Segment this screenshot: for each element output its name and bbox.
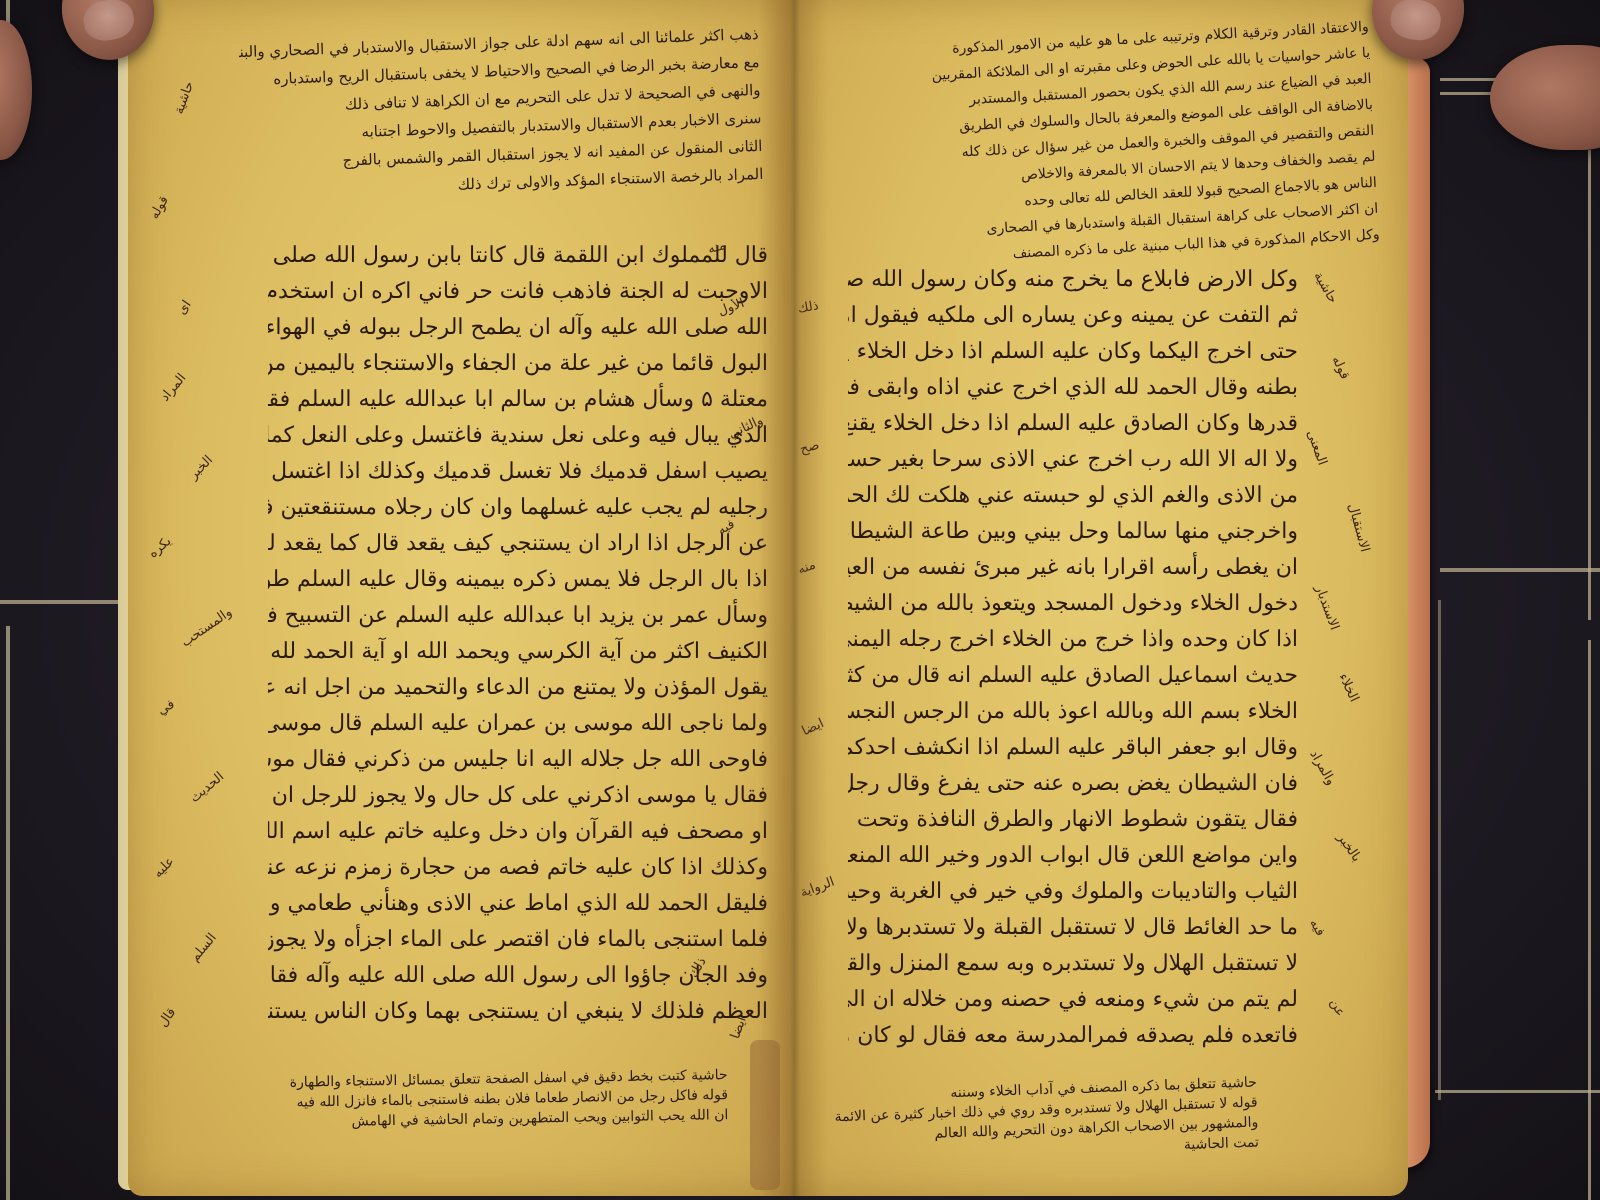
text-line: فقال يا موسى اذكرني على كل حال ولا يجوز … (268, 778, 768, 814)
text-line: فليقل الحمد لله الذي اماط عني الاذى وهنأ… (268, 886, 768, 922)
text-line: البول قائما من غير علة من الجفاء والاستن… (268, 346, 768, 382)
text-line: ان يغطى رأسه اقرارا بانه غير مبرئ نفسه م… (848, 550, 1298, 586)
margin-gloss: قال (156, 1005, 180, 1030)
margin-gloss: بالخبر (1333, 831, 1364, 866)
text-line: الثياب والتاديبات والملوك وفي خير في الغ… (848, 874, 1298, 910)
text-line: يقول المؤذن ولا يمتنع من الدعاء والتحميد… (268, 670, 768, 706)
text-line: لم يتم من شيء ومنعه في حصنه ومن خلاله ان… (848, 982, 1298, 1018)
margin-gloss: الخبر (186, 453, 216, 483)
text-line: فقال يتقون شطوط الانهار والطرق النافذة و… (848, 802, 1298, 838)
mat-grid-line (1440, 568, 1600, 572)
margin-gloss: الخلاء (1334, 671, 1361, 705)
margin-gloss: والمراد (1306, 748, 1339, 789)
mat-grid-line (1440, 78, 1500, 81)
text-line: معتلة ۵ وسأل هشام بن سالم ابا عبدالله عل… (268, 382, 768, 418)
text-line: الاوجبت له الجنة فاذهب فانت حر فاني اكره… (268, 274, 768, 310)
text-line: بطنه وقال الحمد لله الذي اخرج عني اذاه و… (848, 370, 1298, 406)
book-gutter (758, 0, 828, 1196)
page-stain (750, 1040, 780, 1190)
left-bottom-notes: حاشية كتبت بخط دقيق في اسفل الصفحة تتعلق… (168, 1065, 729, 1135)
text-line: الذي يبال فيه وعلى نعل سندية فاغتسل وعلى… (268, 418, 768, 454)
text-line: اذا بال الرجل فلا يمس ذكره بيمينه وقال ع… (268, 562, 768, 598)
margin-gloss: الاستدبار (1311, 583, 1342, 632)
text-line: الخلاء بسم الله وبالله اعوذ بالله من الر… (848, 694, 1298, 730)
mat-grid-line (1438, 600, 1441, 1100)
text-line: واخرجني منها سالما وحل بيني وبين طاعة ال… (848, 514, 1298, 550)
text-line: رجليه لم يجب عليه غسلهما وان كان رجلاه م… (268, 490, 768, 526)
text-line: قدرها وكان الصادق عليه السلم اذا دخل الخ… (848, 406, 1298, 442)
mat-grid-line (0, 600, 128, 604)
mat-grid-line (1588, 150, 1591, 620)
margin-gloss: قوله (147, 194, 173, 223)
left-page: ذهب اكثر علمائنا الى انه سهم ادلة على جو… (128, 0, 788, 1196)
text-line: ولما ناجى الله موسى بن عمران عليه السلم … (268, 706, 768, 742)
mat-grid-line (6, 626, 10, 1200)
text-line: ثم التفت عن يمينه وعن يساره الى ملكيه في… (848, 298, 1298, 334)
text-line: عن الرجل اذا اراد ان يستنجي كيف يقعد قال… (268, 526, 768, 562)
left-main-text: قال للمملوك ابن اللقمة قال كانتا بابن رس… (268, 238, 768, 1030)
text-line: الله صلى الله عليه وآله ان يطمح الرجل بب… (268, 310, 768, 346)
text-line: الكنيف اكثر من آية الكرسي ويحمد الله او … (268, 634, 768, 670)
right-bottom-notes: حاشية تتعلق بما ذكره المصنف في آداب الخل… (827, 1073, 1260, 1168)
text-line: وكل الارض فابلاع ما يخرج منه وكان رسول ا… (848, 262, 1298, 298)
margin-gloss: حاشية (172, 79, 199, 116)
text-line: يصيب اسفل قدميك فلا تغسل قدميك وكذلك اذا… (268, 454, 768, 490)
margin-gloss: الاستقبال (1344, 502, 1372, 554)
text-line: حتى اخرج اليكما وكان عليه السلم اذا دخل … (848, 334, 1298, 370)
right-main-text: وكل الارض فابلاع ما يخرج منه وكان رسول ا… (848, 262, 1298, 1054)
text-line: فاتعده فلم يصدقه فمرالمدرسة معه فقال لو … (848, 1018, 1298, 1054)
text-line: حديث اسماعيل الصادق عليه السلم انه قال م… (848, 658, 1298, 694)
right-page: والاعتقاد القادر وترقية الكلام وترتيبه ع… (788, 0, 1408, 1196)
margin-gloss: يكره (146, 534, 175, 562)
text-line: دخول الخلاء ودخول المسجد ويتعوذ بالله من… (848, 586, 1298, 622)
open-manuscript: ذهب اكثر علمائنا الى انه سهم ادلة على جو… (118, 0, 1438, 1200)
margin-gloss: عن (1326, 997, 1348, 1020)
text-line: او مصحف فيه القرآن وان دخل وعليه خاتم عل… (268, 814, 768, 850)
thumbnail (1388, 0, 1443, 43)
text-line: فان الشيطان يغض بصره عنه حتى يفرغ وقال ر… (848, 766, 1298, 802)
margin-gloss: والمستحب (179, 605, 236, 651)
margin-gloss: الحديث (187, 769, 227, 806)
margin-gloss: اى (174, 298, 195, 318)
text-line: واين مواضع اللعن قال ابواب الدور وخير ال… (848, 838, 1298, 874)
right-top-commentary: والاعتقاد القادر وترقية الكلام وترتيبه ع… (829, 14, 1381, 276)
text-line: ولا اله الا الله رب اخرج عني الاذى سرحا … (848, 442, 1298, 478)
margin-gloss: المراد (158, 371, 191, 406)
text-line: وكذلك اذا كان عليه خاتم فصه من حجارة زمز… (268, 850, 768, 886)
text-line: وقال ابو جعفر الباقر عليه السلم اذا انكش… (848, 730, 1298, 766)
mat-grid-line (1588, 640, 1591, 1200)
text-line: العظم فلذلك لا ينبغي ان يستنجى بهما وكان… (268, 994, 768, 1030)
thumbnail (81, 0, 137, 44)
margin-gloss: فيه (1305, 917, 1327, 940)
text-line: ما حد الغائط قال لا تستقبل القبلة ولا تس… (848, 910, 1298, 946)
margin-gloss: المعنى (1302, 428, 1329, 467)
text-line: فاوحى الله جل جلاله اليه انا جليس من ذكر… (268, 742, 768, 778)
text-line: لا تستقبل الهلال ولا تستدبره وبه سمع الم… (848, 946, 1298, 982)
margin-gloss: عليه (151, 854, 179, 882)
mat-grid-line (1435, 1090, 1600, 1093)
margin-gloss: قوله (1328, 354, 1353, 382)
left-top-commentary: ذهب اكثر علمائنا الى انه سهم ادلة على جو… (238, 20, 764, 206)
margin-gloss: في (155, 697, 178, 719)
text-line: من الاذى والغم الذي لو حبسته عني هلكت لك… (848, 478, 1298, 514)
text-line: اذا كان وحده واذا خرج من الخلاء اخرج رجل… (848, 622, 1298, 658)
text-line: فلما استنجى بالماء فان اقتصر على الماء ا… (268, 922, 768, 958)
margin-gloss: حاشية (1310, 269, 1341, 306)
text-line: وسأل عمر بن يزيد ابا عبدالله عليه السلم … (268, 598, 768, 634)
margin-gloss: السلم (188, 931, 221, 966)
text-line: قال للمملوك ابن اللقمة قال كانتا بابن رس… (268, 238, 768, 274)
